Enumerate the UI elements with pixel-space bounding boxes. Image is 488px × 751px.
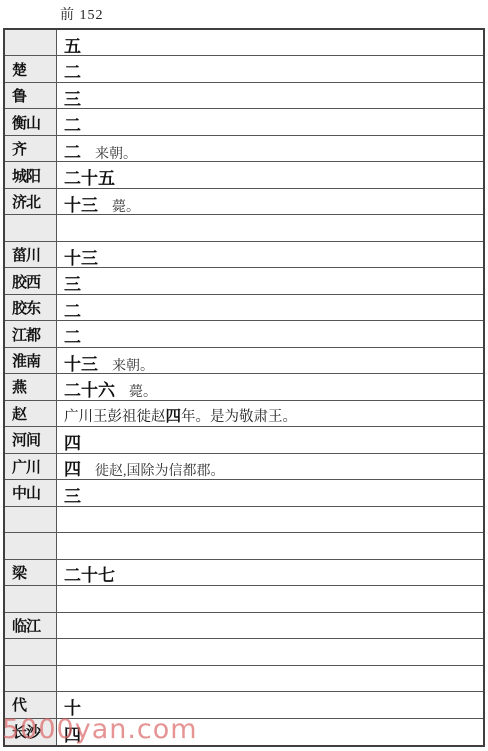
table-row: 长沙 四 [5, 719, 483, 745]
table-row: 菑川 十三 [5, 242, 483, 268]
year-number: 十三 [64, 350, 98, 375]
page-header-year: 前 152 [60, 4, 104, 24]
table-row: 齐 二来朝。 [5, 136, 483, 162]
year-cell: 五 [57, 29, 483, 57]
annotation: 来朝。 [112, 355, 154, 375]
year-number: 二 [64, 323, 81, 348]
entry-text: 广川王彭祖徙赵 [64, 405, 166, 426]
table-row: 中山 三 [5, 480, 483, 506]
table-row: 胶西 三 [5, 268, 483, 294]
year-cell [57, 650, 483, 653]
year-cell: 三 [57, 267, 483, 295]
kingdom-cell: 中山 [5, 480, 57, 505]
year-number: 二 [64, 297, 81, 322]
year-number: 二十七 [64, 561, 115, 586]
kingdom-cell: 菑川 [5, 242, 57, 267]
annotation: 薨。 [112, 196, 140, 216]
table-row: 梁 二十七 [5, 560, 483, 586]
year-cell: 二十五 [57, 161, 483, 189]
table-row [5, 666, 483, 692]
table-row [5, 215, 483, 241]
year-cell [57, 677, 483, 680]
kingdom-cell [5, 586, 57, 611]
year-cell: 十三来朝。 [57, 347, 483, 375]
table-row [5, 586, 483, 612]
year-number-inline: 四 [166, 404, 182, 426]
year-cell: 二十七 [57, 558, 483, 586]
kingdom-cell: 河间 [5, 427, 57, 452]
kingdom-cell: 梁 [5, 560, 57, 585]
table-row: 鲁 三 [5, 83, 483, 109]
table-row: 淮南 十三来朝。 [5, 348, 483, 374]
kingdom-cell: 江都 [5, 321, 57, 346]
table-row: 五 [5, 30, 483, 56]
year-cell: 四 [57, 718, 483, 746]
table-row: 燕 二十六薨。 [5, 374, 483, 400]
kingdom-cell [5, 215, 57, 240]
year-cell [57, 624, 483, 627]
table-row: 江都 二 [5, 321, 483, 347]
year-number: 十三 [64, 191, 98, 216]
kingdom-cell: 城阳 [5, 162, 57, 187]
table-row: 河间 四 [5, 427, 483, 453]
table-row: 济北 十三薨。 [5, 189, 483, 215]
entry-text: 年。是为敬肃王。 [181, 405, 297, 426]
table-row: 楚 二 [5, 56, 483, 82]
table-row: 代 十 [5, 692, 483, 718]
table-row [5, 533, 483, 559]
year-number: 二十六 [64, 376, 115, 401]
year-cell: 三 [57, 82, 483, 110]
kingdom-cell: 淮南 [5, 348, 57, 373]
annotation: 来朝。 [95, 143, 137, 163]
year-number: 二 [64, 58, 81, 83]
year-cell: 十三薨。 [57, 188, 483, 216]
year-cell: 二 [57, 55, 483, 83]
year-cell: 四 [57, 426, 483, 454]
year-number: 五 [64, 32, 81, 57]
table-row: 临江 [5, 613, 483, 639]
year-cell: 三 [57, 479, 483, 507]
year-cell: 广川王彭祖徙赵四年。是为敬肃王。 [57, 401, 483, 426]
kingdom-cell: 齐 [5, 136, 57, 161]
table-row: 广川 四徙赵,国除为信都郡。 [5, 454, 483, 480]
year-number: 四 [64, 721, 81, 746]
kingdom-cell: 衡山 [5, 109, 57, 134]
year-cell [57, 518, 483, 521]
kingdom-cell: 楚 [5, 56, 57, 81]
year-cell: 四徙赵,国除为信都郡。 [57, 452, 483, 480]
kingdom-cell: 胶西 [5, 268, 57, 293]
table-row: 城阳 二十五 [5, 162, 483, 188]
kingdom-cell: 长沙 [5, 719, 57, 745]
kingdom-cell [5, 533, 57, 558]
kingdom-cell: 鲁 [5, 83, 57, 108]
kingdom-cell: 胶东 [5, 295, 57, 320]
kingdom-cell: 临江 [5, 613, 57, 638]
year-cell: 二来朝。 [57, 135, 483, 163]
kingdom-cell: 赵 [5, 401, 57, 426]
book-page: { "page": { "header_label": "前 152" }, "… [0, 0, 488, 751]
kingdom-cell: 广川 [5, 454, 57, 479]
year-number: 二 [64, 138, 81, 163]
year-number: 十 [64, 694, 81, 719]
year-number: 三 [64, 482, 81, 507]
year-number: 三 [64, 85, 81, 110]
kingdom-cell: 代 [5, 692, 57, 717]
kingdom-cell [5, 639, 57, 664]
year-number: 二 [64, 111, 81, 136]
year-cell: 二 [57, 294, 483, 322]
table-row: 胶东 二 [5, 295, 483, 321]
year-number: 三 [64, 270, 81, 295]
year-cell: 二十六薨。 [57, 373, 483, 401]
kingdom-cell: 济北 [5, 189, 57, 214]
year-cell [57, 227, 483, 230]
year-number: 十三 [64, 244, 98, 269]
table-row: 赵 广川王彭祖徙赵四年。是为敬肃王。 [5, 401, 483, 427]
annotation: 徙赵,国除为信都郡。 [95, 460, 225, 480]
kingdom-cell: 燕 [5, 374, 57, 399]
year-table: 五 楚 二 鲁 三 衡山 二 齐 二来朝。 城阳 二十五 济北 十三薨。 菑川 … [3, 28, 485, 747]
kingdom-cell [5, 30, 57, 55]
year-cell [57, 544, 483, 547]
year-cell [57, 597, 483, 600]
table-row [5, 639, 483, 665]
annotation: 薨。 [129, 381, 157, 401]
year-number: 二十五 [64, 164, 115, 189]
kingdom-cell [5, 666, 57, 691]
year-number: 四 [64, 429, 81, 454]
kingdom-cell [5, 507, 57, 532]
year-number: 四 [64, 455, 81, 480]
year-cell: 二 [57, 320, 483, 348]
year-cell: 二 [57, 108, 483, 136]
year-cell: 十 [57, 691, 483, 719]
table-row [5, 507, 483, 533]
year-cell: 十三 [57, 241, 483, 269]
table-row: 衡山 二 [5, 109, 483, 135]
